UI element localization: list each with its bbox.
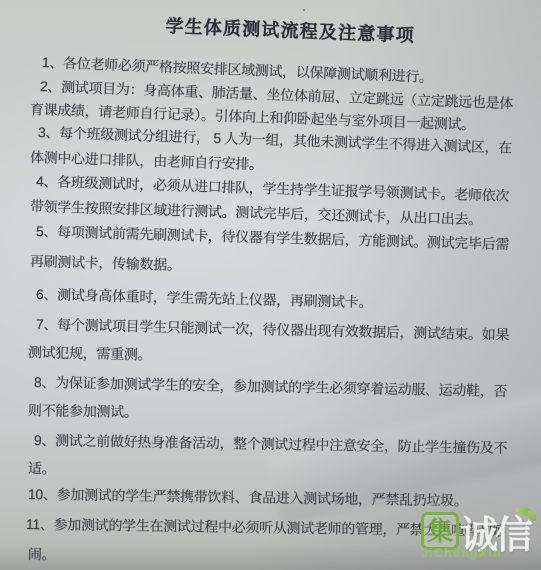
document-line: 6、测试身高体重时，学生需先站上仪器，再刷测试卡。 — [36, 284, 373, 312]
document-line: 8、为保证参加测试学生的安全，参加测试的学生必须穿着运动服、运动鞋，否 — [34, 372, 508, 401]
document-line: 测试犯规，需重测。 — [28, 342, 152, 365]
document-title: 学生体质测试流程及注意事项 — [165, 12, 415, 48]
document-line: 则不能参加测试。 — [28, 400, 138, 422]
document-line: 体测中心进口排队，由老师自行安排。 — [30, 147, 263, 174]
watermark-logo-box: 集 — [421, 512, 459, 550]
document-line: 闹。 — [28, 544, 56, 564]
document-line: 7、每个测试项目学生只能测试一次，待仪器出现有效数据后，测试结束。如果 — [36, 314, 510, 345]
watermark-logo-char: 集 — [427, 518, 453, 544]
document-line: 9、测试之前做好热身准备活动，整个测试过程中注意安全，防止学生撞伤及不 — [34, 430, 508, 458]
watermark: 集 诚信 JiChengXin — [421, 512, 539, 570]
document-line: 再刷测试卡，传输数据。 — [30, 251, 181, 275]
document-line: 10、参加测试的学生严禁携带饮料、食品进入测试场地，严禁乱扔垃圾。 — [28, 484, 468, 511]
document-line: 适。 — [28, 458, 56, 478]
watermark-latin-text: JiChengXin — [421, 546, 502, 560]
photographed-document: 学生体质测试流程及注意事项 1、各位老师必须严格按照安排区域测试，以保障测试顺利… — [0, 0, 541, 570]
paper-speck — [303, 9, 305, 11]
